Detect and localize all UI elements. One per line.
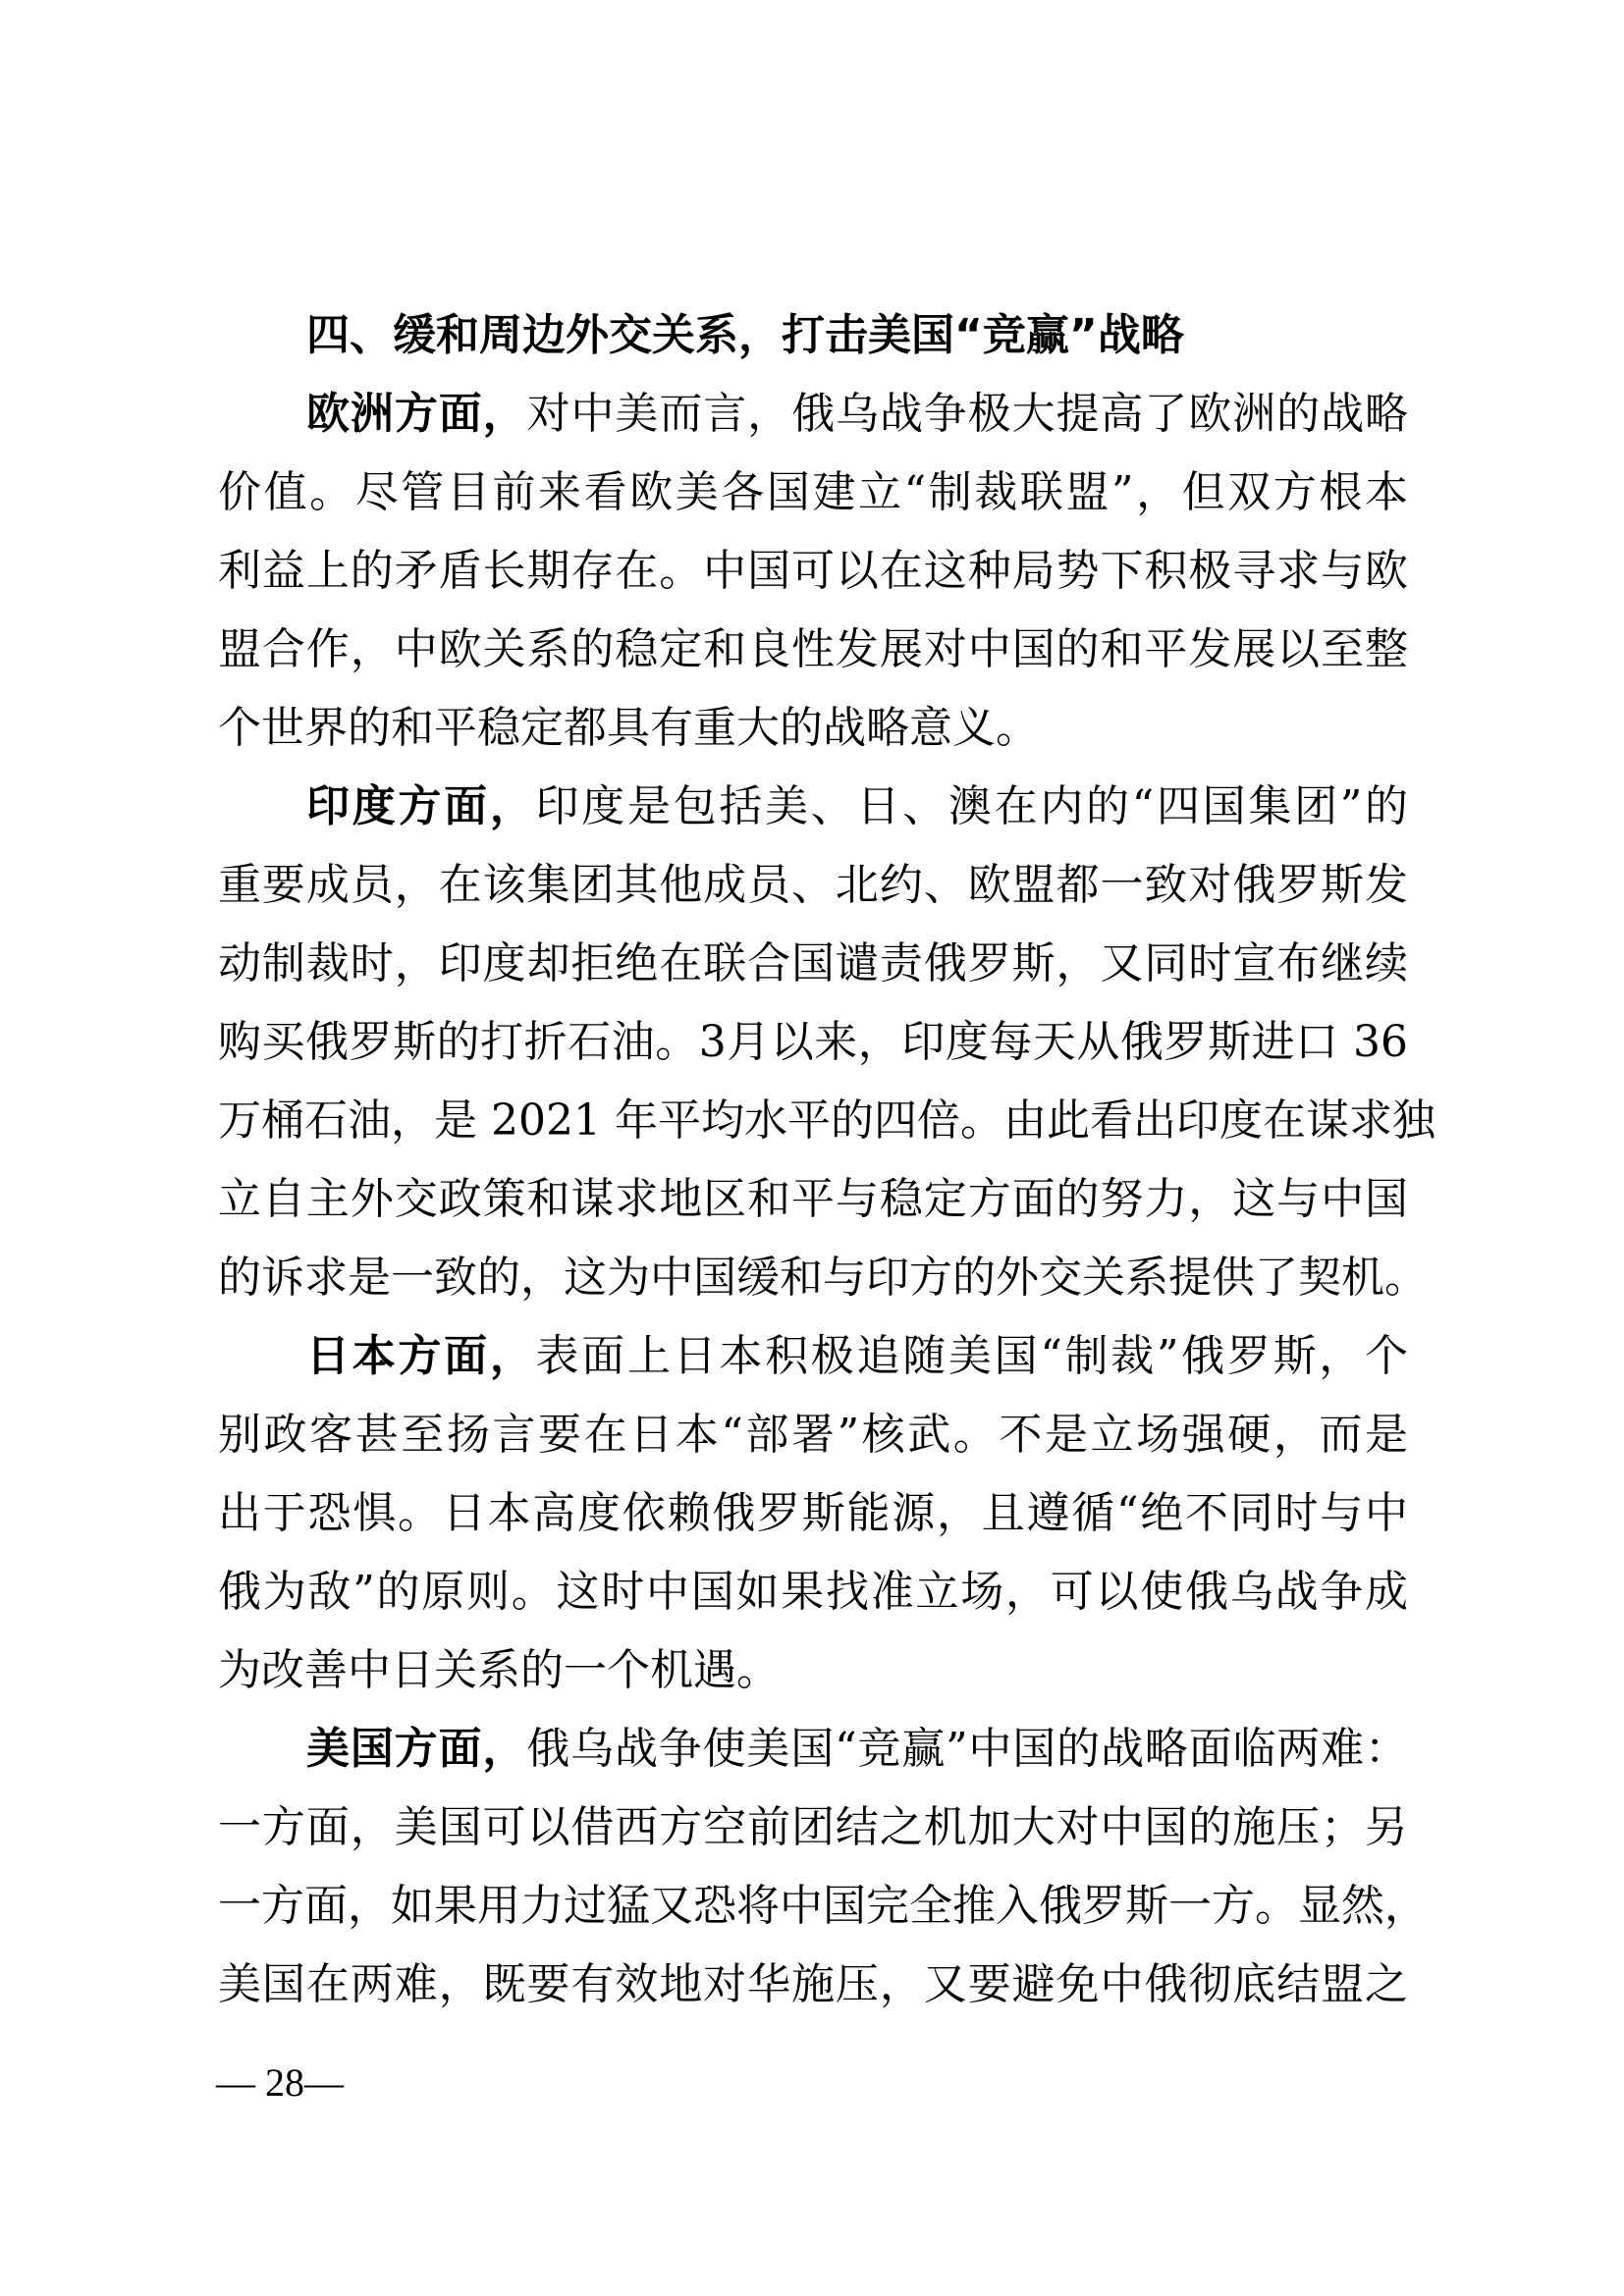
paragraph-line: 价值。尽管目前来看欧美各国建立“制裁联盟”，但双方根本 <box>218 463 1408 522</box>
section-heading: 四、缓和周边外交关系，打击美国“竞赢”战略 <box>306 306 1184 365</box>
paragraph-line: 个世界的和平稳定都具有重大的战略意义。 <box>218 699 1408 758</box>
paragraph-line: 为改善中日关系的一个机遇。 <box>218 1641 1408 1700</box>
paragraph-lead: 印度方面， <box>306 781 536 831</box>
paragraph-line: 立自主外交政策和谋求地区和平与稳定方面的努力，这与中国 <box>218 1170 1408 1229</box>
paragraph-lead: 欧洲方面， <box>306 389 527 439</box>
paragraph-line: 俄为敌”的原则。这时中国如果找准立场，可以使俄乌战争成 <box>218 1563 1408 1622</box>
paragraph-line: 印度方面，印度是包括美、日、澳在内的“四国集团”的 <box>306 777 1408 836</box>
paragraph-line: 一方面，美国可以借西方空前团结之机加大对中国的施压；另 <box>218 1798 1408 1857</box>
paragraph-line: 万桶石油，是 2021 年平均水平的四倍。由此看出印度在谋求独 <box>218 1092 1408 1150</box>
paragraph-line: 别政客甚至扬言要在日本“部署”核武。不是立场强硬，而是 <box>218 1406 1408 1465</box>
paragraph-line: 购买俄罗斯的打折石油。3月以来，印度每天从俄罗斯进口 36 <box>218 1013 1408 1072</box>
paragraph-line: 的诉求是一致的，这为中国缓和与印方的外交关系提供了契机。 <box>218 1249 1408 1308</box>
paragraph-line: 欧洲方面，对中美而言，俄乌战争极大提高了欧洲的战略 <box>306 385 1408 444</box>
paragraph-line: 利益上的矛盾长期存在。中国可以在这种局势下积极寻求与欧 <box>218 542 1408 601</box>
paragraph-line: 一方面，如果用力过猛又恐将中国完全推入俄罗斯一方。显然， <box>218 1877 1408 1936</box>
paragraph-line: 美国方面，俄乌战争使美国“竞赢”中国的战略面临两难： <box>306 1720 1408 1779</box>
paragraph-line: 动制裁时，印度却拒绝在联合国谴责俄罗斯，又同时宣布继续 <box>218 934 1408 993</box>
paragraph-lead: 美国方面， <box>306 1724 526 1774</box>
paragraph-line: 重要成员，在该集团其他成员、北约、欧盟都一致对俄罗斯发 <box>218 856 1408 915</box>
paragraph-line: 出于恐惧。日本高度依赖俄罗斯能源，且遵循“绝不同时与中 <box>218 1484 1408 1543</box>
paragraph-line: 美国在两难，既要有效地对华施压，又要避免中俄彻底结盟之 <box>218 1955 1408 2014</box>
page-number: — 28— <box>216 2061 344 2105</box>
paragraph-line: 日本方面，表面上日本积极追随美国“制裁”俄罗斯，个 <box>306 1327 1408 1386</box>
paragraph-lead: 日本方面， <box>306 1331 536 1381</box>
paragraph-line: 盟合作，中欧关系的稳定和良性发展对中国的和平发展以至整 <box>218 620 1408 679</box>
